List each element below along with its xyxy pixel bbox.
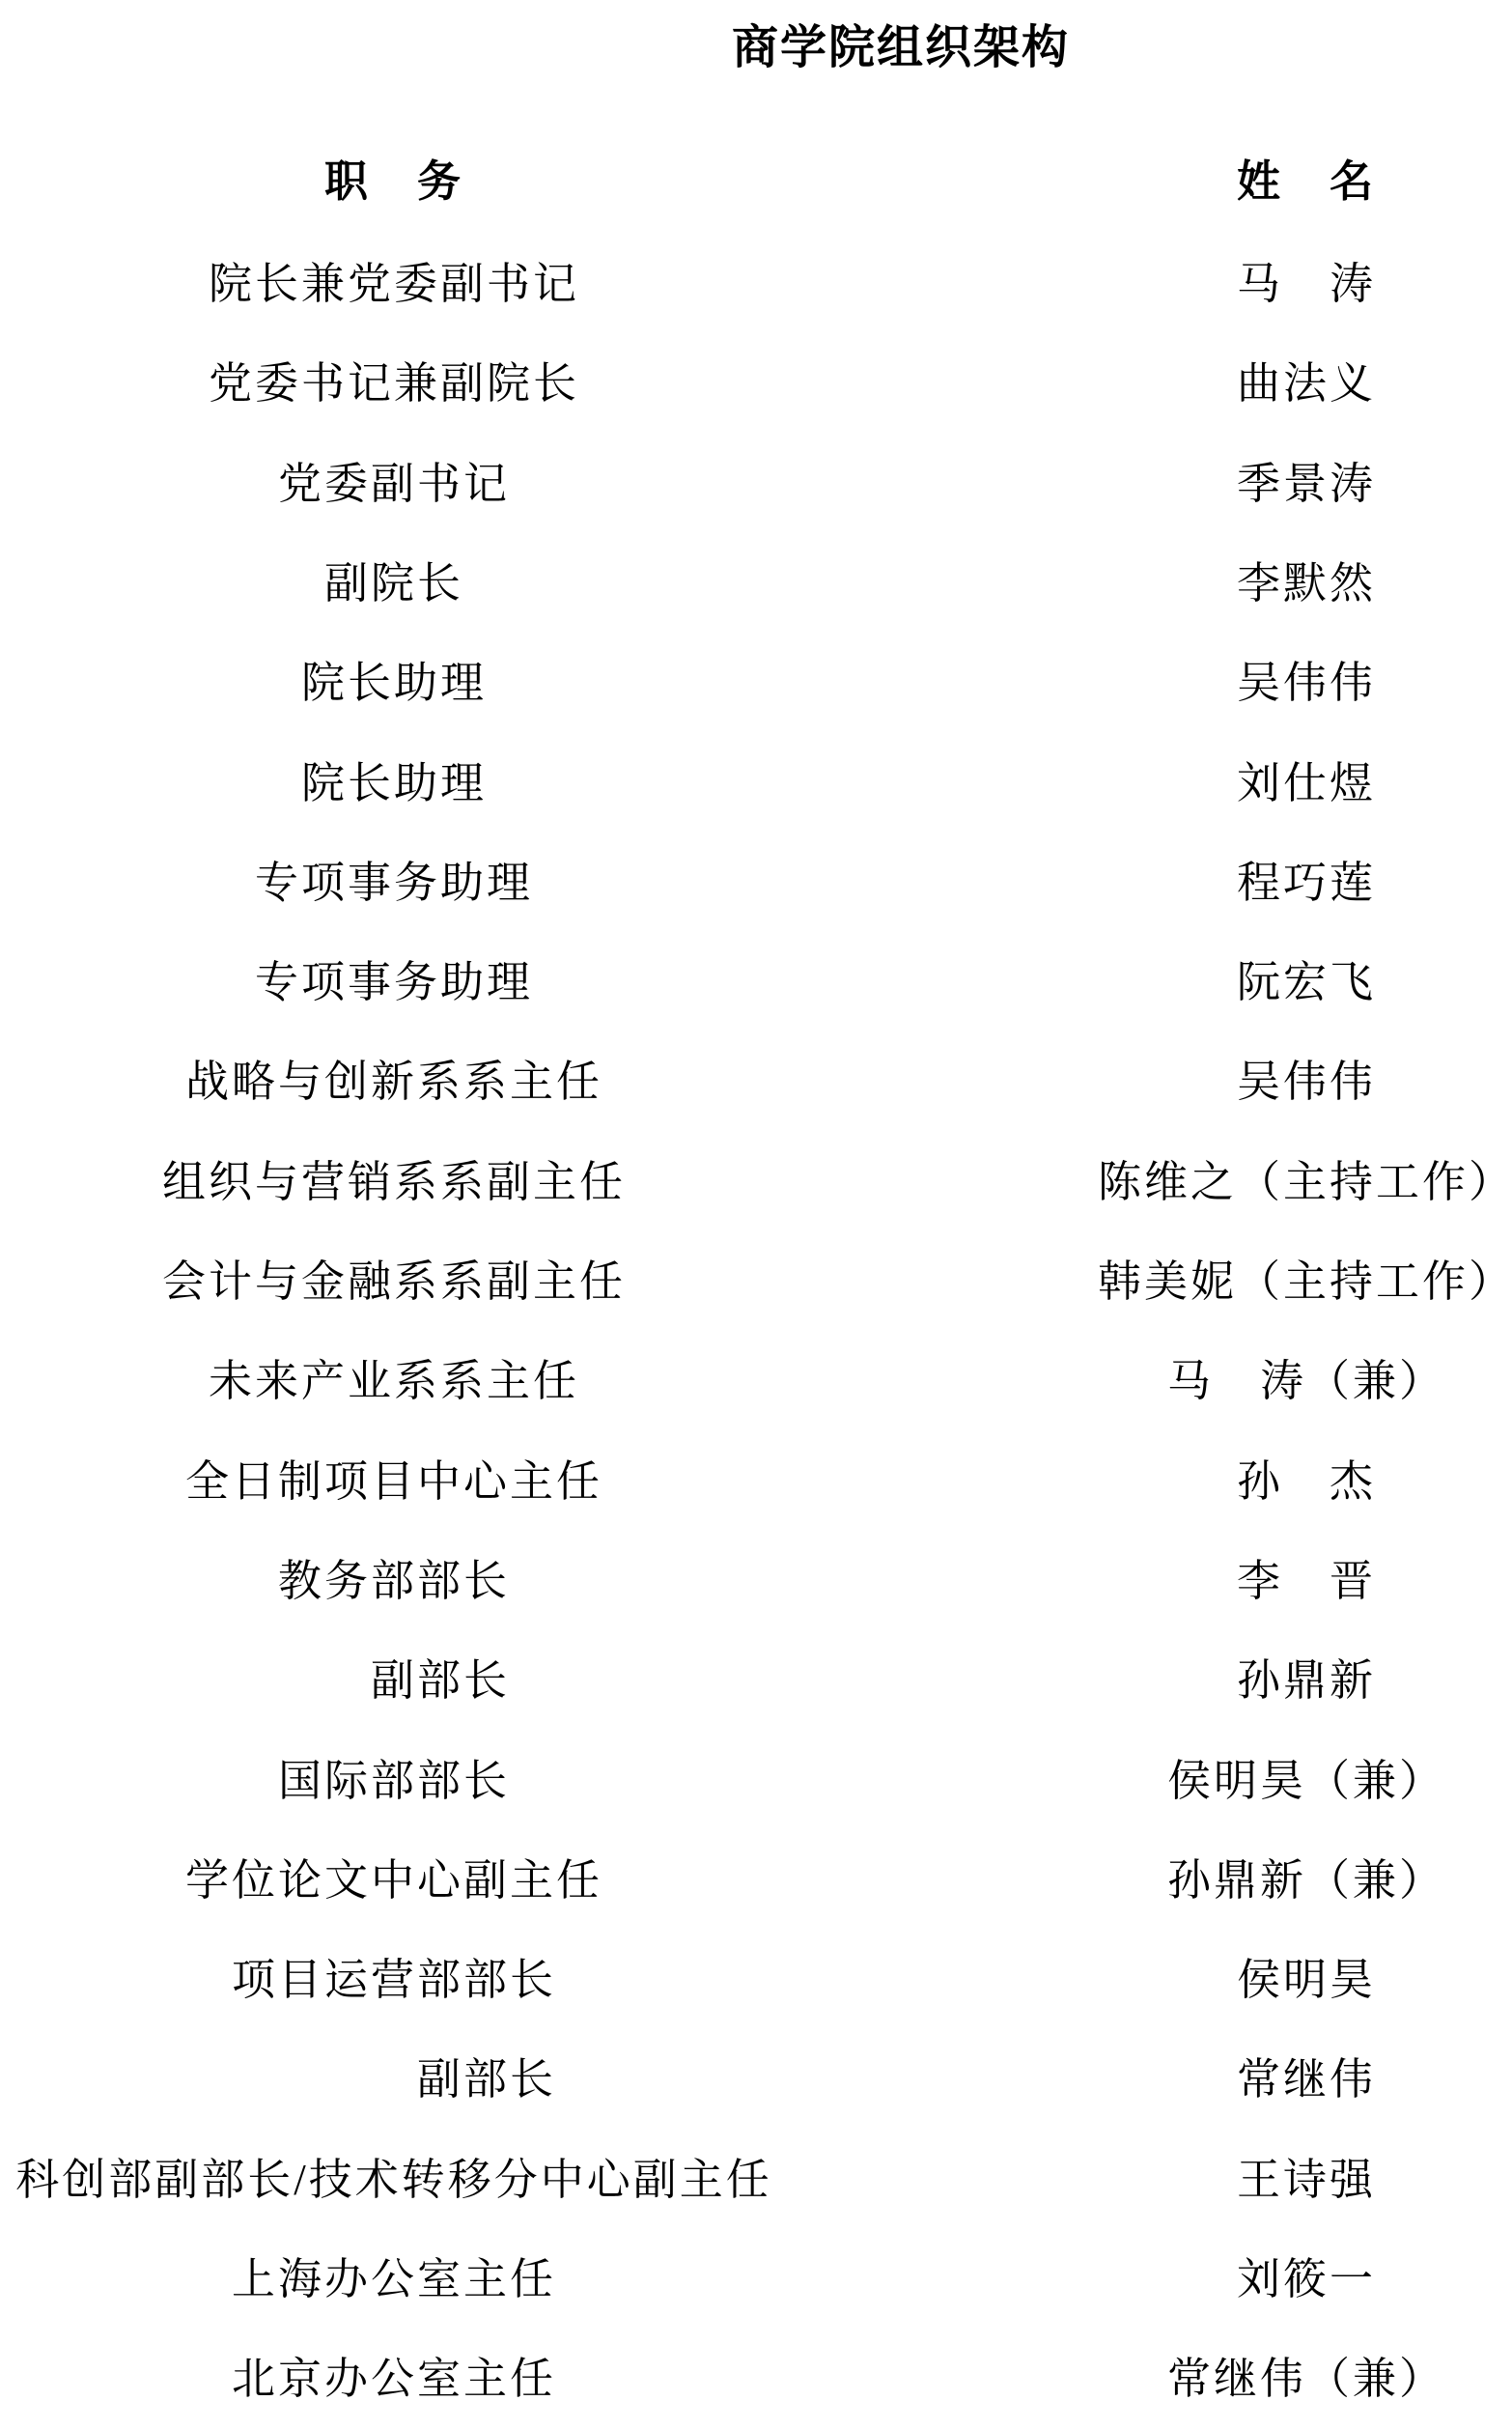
table-row: 党委书记兼副院长 曲法义 — [0, 357, 1512, 410]
table-row: 专项事务助理 程巧莲 — [0, 857, 1512, 909]
name-cell: 侯明昊 — [1062, 1954, 1512, 2006]
position-cell: 国际部部长 — [0, 1755, 788, 1807]
name-column-header: 姓 名 — [1062, 155, 1512, 208]
name-cell: 李默然 — [1062, 557, 1512, 609]
table-row: 院长助理 刘仕煜 — [0, 757, 1512, 809]
position-column-header: 职 务 — [0, 155, 788, 208]
name-cell: 马 涛 — [1062, 258, 1512, 310]
position-cell: 战略与创新系系主任 — [0, 1056, 788, 1108]
name-cell: 孙鼎新（兼） — [1062, 1854, 1512, 1906]
table-row: 上海办公室主任 刘筱一 — [0, 2253, 1512, 2305]
table-row: 党委副书记 季景涛 — [0, 458, 1512, 510]
name-cell: 刘仕煜 — [1062, 757, 1512, 809]
page-title: 商学院组织架构 — [732, 10, 1070, 76]
table-row: 副部长 孙鼎新 — [0, 1654, 1512, 1707]
table-row: 副院长 李默然 — [0, 557, 1512, 609]
name-cell: 曲法义 — [1062, 357, 1512, 410]
table-row: 副部长 常继伟 — [0, 2053, 1512, 2105]
name-cell: 季景涛 — [1062, 458, 1512, 510]
position-cell: 院长助理 — [0, 757, 788, 809]
position-cell: 项目运营部部长 — [0, 1954, 788, 2006]
name-cell: 吴伟伟 — [1062, 1056, 1512, 1108]
name-cell: 韩美妮（主持工作） — [1062, 1256, 1512, 1308]
name-cell: 孙鼎新 — [1062, 1654, 1512, 1707]
table-row: 院长助理 吴伟伟 — [0, 657, 1512, 709]
position-cell: 专项事务助理 — [0, 956, 788, 1008]
position-cell: 全日制项目中心主任 — [0, 1455, 788, 1508]
table-row: 学位论文中心副主任 孙鼎新（兼） — [0, 1854, 1512, 1906]
position-cell: 党委书记兼副院长 — [0, 357, 788, 410]
document-page: 商学院组织架构 职 务 姓 名 院长兼党委副书记 马 涛 党委书记兼副院长 曲法… — [0, 0, 1512, 2429]
position-cell: 专项事务助理 — [0, 857, 788, 909]
name-cell: 常继伟（兼） — [1062, 2353, 1512, 2405]
table-header-row: 职 务 姓 名 — [0, 155, 1512, 208]
table-row: 教务部部长 李 晋 — [0, 1555, 1512, 1607]
name-cell: 王诗强 — [1062, 2154, 1512, 2206]
position-cell: 未来产业系系主任 — [0, 1355, 788, 1407]
table-row: 未来产业系系主任 马 涛（兼） — [0, 1355, 1512, 1407]
name-cell: 李 晋 — [1062, 1555, 1512, 1607]
name-cell: 吴伟伟 — [1062, 657, 1512, 709]
name-cell: 刘筱一 — [1062, 2253, 1512, 2305]
position-cell: 上海办公室主任 — [0, 2253, 788, 2305]
name-cell: 常继伟 — [1062, 2053, 1512, 2105]
position-cell: 副部长 — [0, 2053, 788, 2105]
name-cell: 阮宏飞 — [1062, 956, 1512, 1008]
table-row: 科创部副部长/技术转移分中心副主任 王诗强 — [0, 2154, 1512, 2206]
name-cell: 孙 杰 — [1062, 1455, 1512, 1508]
table-row: 国际部部长 侯明昊（兼） — [0, 1755, 1512, 1807]
name-cell: 程巧莲 — [1062, 857, 1512, 909]
name-cell: 侯明昊（兼） — [1062, 1755, 1512, 1807]
table-row: 会计与金融系系副主任 韩美妮（主持工作） — [0, 1256, 1512, 1308]
table-row: 院长兼党委副书记 马 涛 — [0, 258, 1512, 310]
table-row: 组织与营销系系副主任 陈维之（主持工作） — [0, 1156, 1512, 1208]
table-row: 战略与创新系系主任 吴伟伟 — [0, 1056, 1512, 1108]
name-cell: 马 涛（兼） — [1062, 1355, 1512, 1407]
table-row: 项目运营部部长 侯明昊 — [0, 1954, 1512, 2006]
position-cell: 教务部部长 — [0, 1555, 788, 1607]
table-row: 专项事务助理 阮宏飞 — [0, 956, 1512, 1008]
position-cell: 科创部副部长/技术转移分中心副主任 — [0, 2154, 788, 2206]
position-cell: 会计与金融系系副主任 — [0, 1256, 788, 1308]
position-cell: 院长兼党委副书记 — [0, 258, 788, 310]
position-cell: 党委副书记 — [0, 458, 788, 510]
position-cell: 组织与营销系系副主任 — [0, 1156, 788, 1208]
position-cell: 副部长 — [0, 1654, 788, 1707]
position-cell: 院长助理 — [0, 657, 788, 709]
name-cell: 陈维之（主持工作） — [1062, 1156, 1512, 1208]
position-cell: 学位论文中心副主任 — [0, 1854, 788, 1906]
position-cell: 副院长 — [0, 557, 788, 609]
position-cell: 北京办公室主任 — [0, 2353, 788, 2405]
table-row: 北京办公室主任 常继伟（兼） — [0, 2353, 1512, 2405]
table-row: 全日制项目中心主任 孙 杰 — [0, 1455, 1512, 1508]
